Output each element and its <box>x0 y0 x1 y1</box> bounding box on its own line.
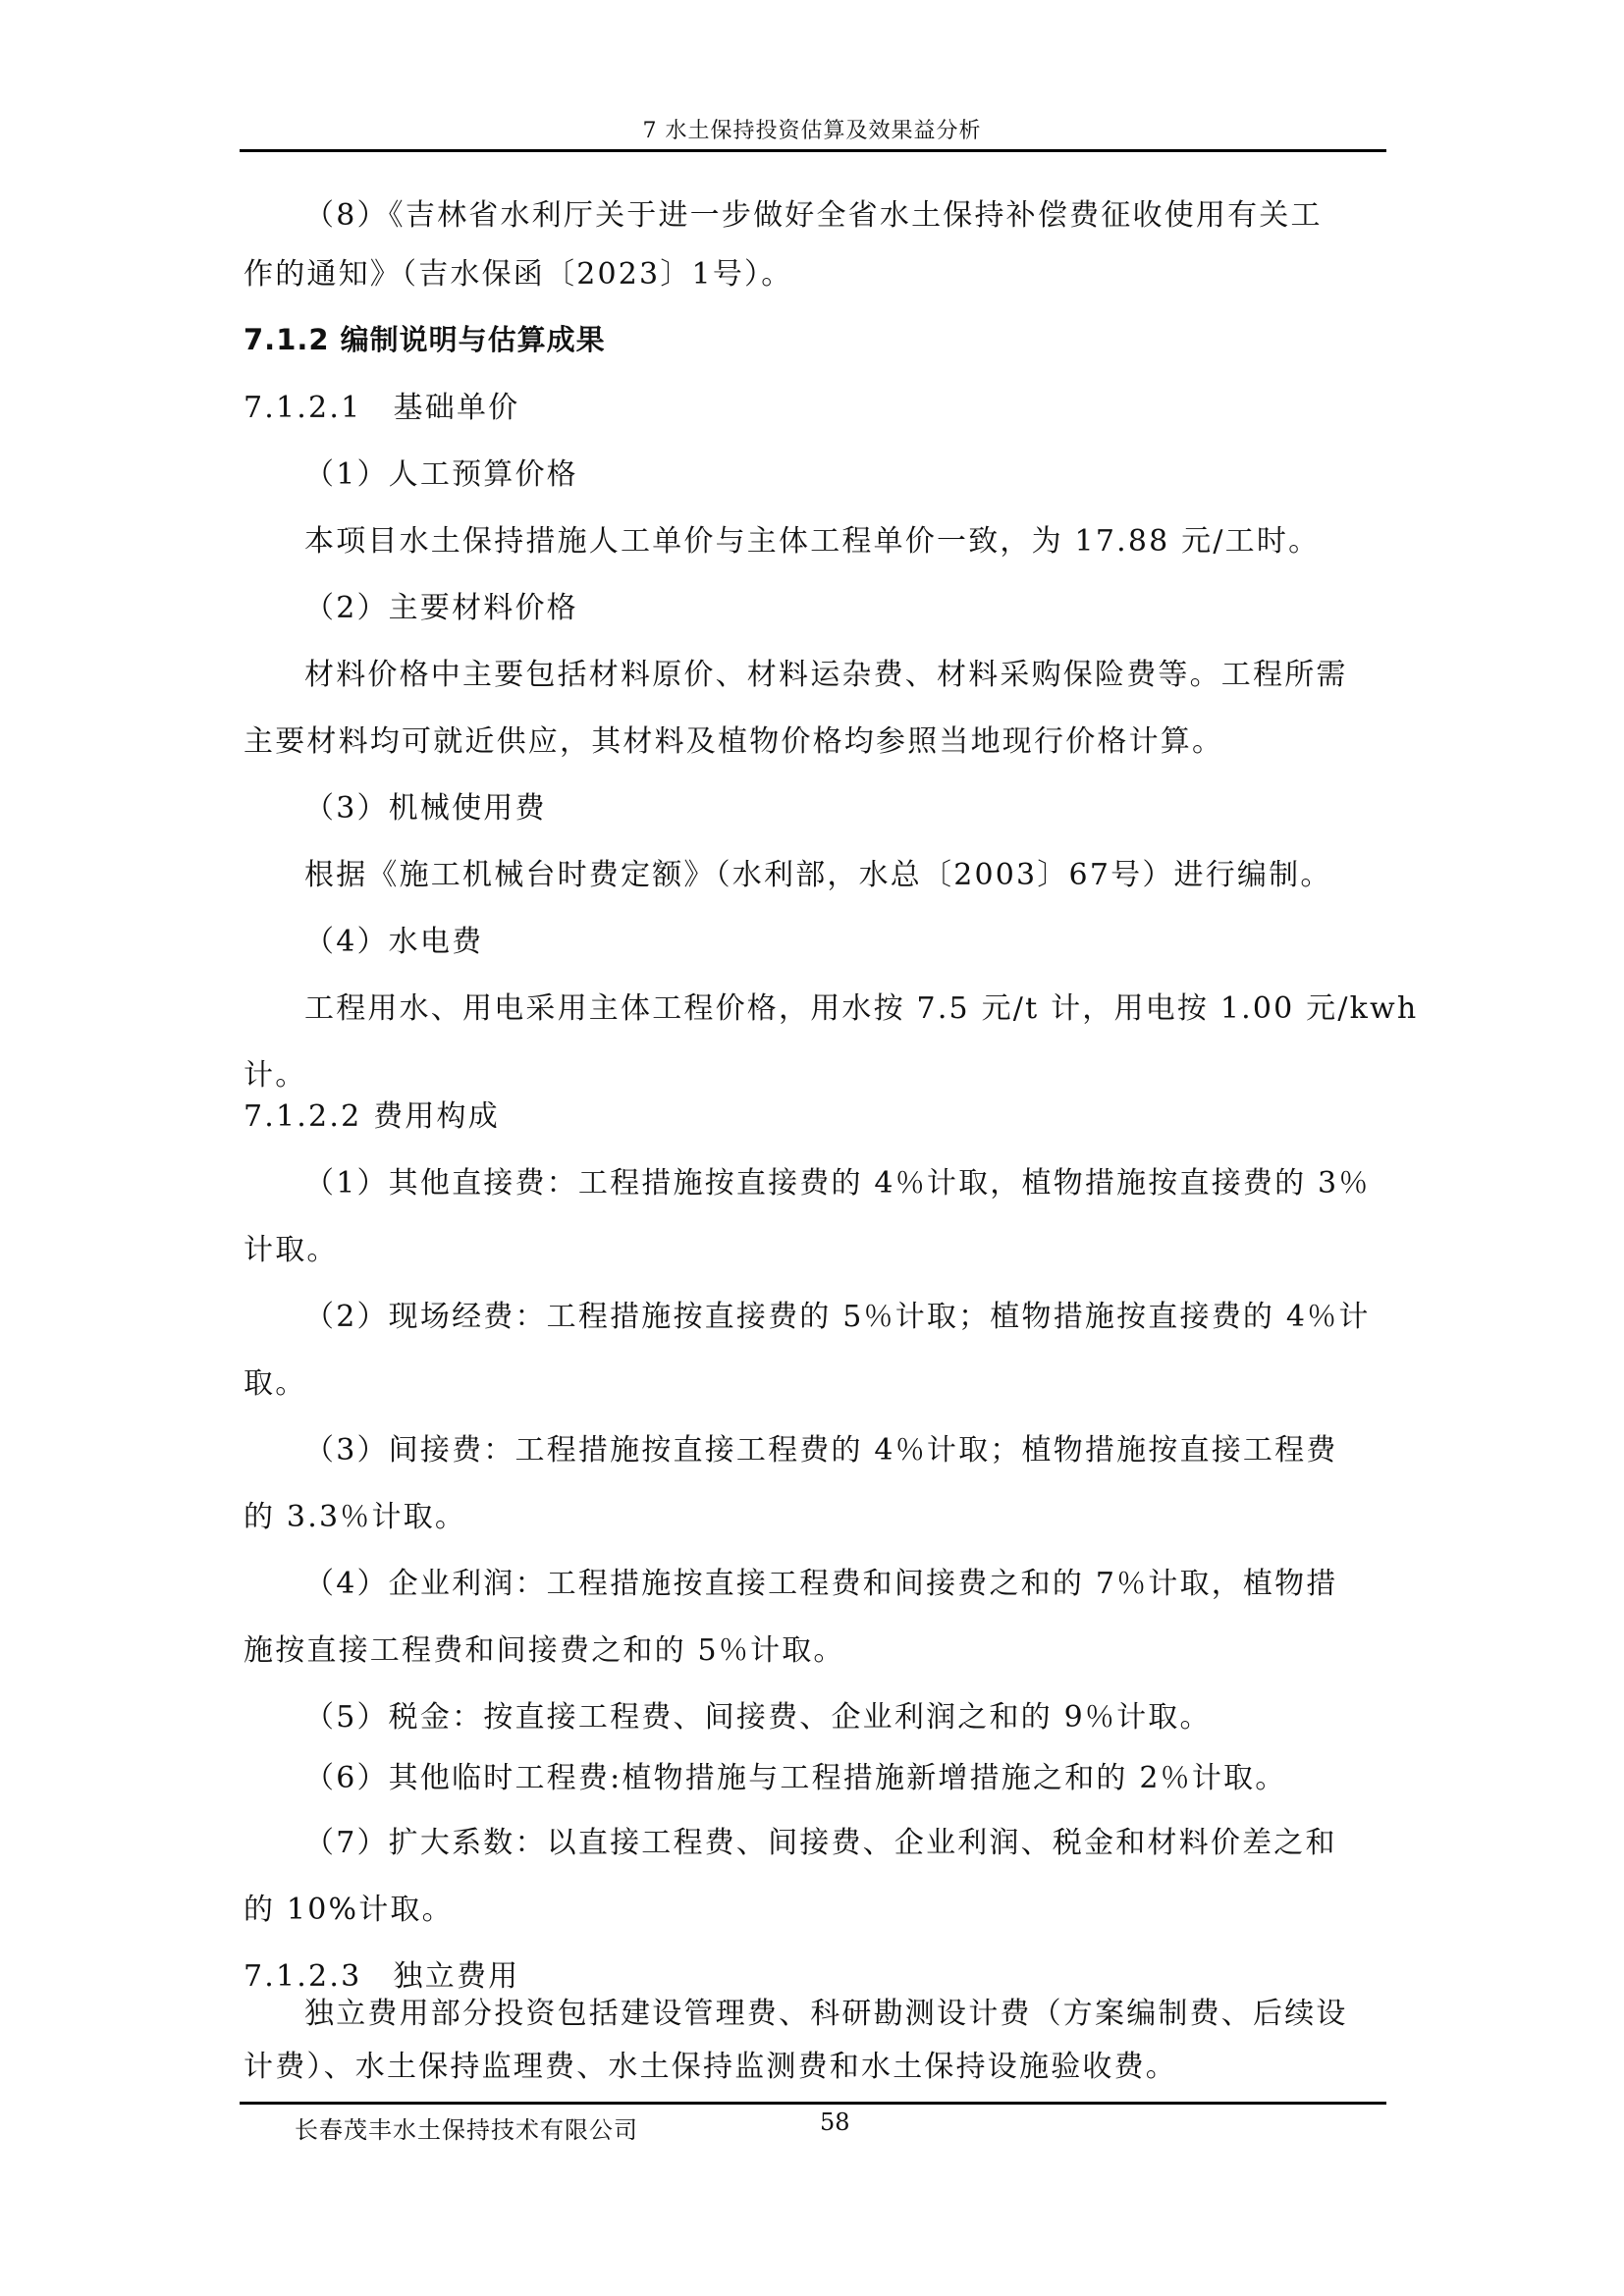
paragraph-line: 的 3.3％计取。 <box>244 1498 466 1537</box>
paragraph-line: 作的通知》（吉水保函〔2023〕1号）。 <box>244 255 792 294</box>
paragraph-line: （4）企业利润：工程措施按直接工程费和间接费之和的 7％计取，植物措 <box>304 1565 1338 1604</box>
subsection-heading: 7.1.2.2 费用构成 <box>244 1097 500 1137</box>
item-heading: （3）机械使用费 <box>304 789 547 828</box>
paragraph-line: （1）其他直接费：工程措施按直接费的 4％计取，植物措施按直接费的 3％ <box>304 1164 1371 1203</box>
footer-company-name: 长春茂丰水土保持技术有限公司 <box>295 2110 638 2145</box>
paragraph-line: （5）税金：按直接工程费、间接费、企业利润之和的 9％计取。 <box>304 1698 1212 1737</box>
item-heading: （1）人工预算价格 <box>304 455 578 495</box>
page-number: 58 <box>820 2109 850 2136</box>
paragraph-line: 取。 <box>244 1364 306 1404</box>
paragraph-line: （2）现场经费：工程措施按直接费的 5％计取；植物措施按直接费的 4％计 <box>304 1298 1371 1337</box>
paragraph-line: （6）其他临时工程费:植物措施与工程措施新增措施之和的 2％计取。 <box>304 1759 1286 1798</box>
subsection-heading: 7.1.2.3 独立费用 <box>244 1957 519 1997</box>
paragraph-line: 计费）、水土保持监理费、水土保持监测费和水土保持设施验收费。 <box>244 2048 1177 2087</box>
paragraph-line: 根据《施工机械台时费定额》（水利部，水总〔2003〕67号）进行编制。 <box>304 856 1332 895</box>
item-heading: （4）水电费 <box>304 923 483 962</box>
paragraph-line: （3）间接费：工程措施按直接工程费的 4％计取；植物措施按直接工程费 <box>304 1431 1338 1470</box>
paragraph-line: 施按直接工程费和间接费之和的 5％计取。 <box>244 1631 845 1671</box>
paragraph-line: 计。 <box>244 1056 306 1095</box>
paragraph-line: 的 10%计取。 <box>244 1891 454 1930</box>
document-page: 7 水土保持投资估算及效果益分析 （8）《吉林省水利厅关于进一步做好全省水土保持… <box>0 0 1624 2296</box>
paragraph-line: （8）《吉林省水利厅关于进一步做好全省水土保持补偿费征收使用有关工 <box>304 196 1323 236</box>
running-header-title: 7 水土保持投资估算及效果益分析 <box>0 114 1624 144</box>
section-heading: 7.1.2 编制说明与估算成果 <box>244 320 606 359</box>
paragraph-line: 计取。 <box>244 1231 339 1270</box>
paragraph-line: （7）扩大系数：以直接工程费、间接费、企业利润、税金和材料价差之和 <box>304 1824 1337 1863</box>
paragraph-line: 工程用水、用电采用主体工程价格，用水按 7.5 元/t 计，用电按 1.00 元… <box>304 989 1418 1029</box>
paragraph-line: 本项目水土保持措施人工单价与主体工程单价一致，为 17.88 元/工时。 <box>304 522 1320 561</box>
header-rule <box>240 149 1386 152</box>
paragraph-line: 独立费用部分投资包括建设管理费、科研勘测设计费（方案编制费、后续设 <box>304 1995 1348 2034</box>
item-heading: （2）主要材料价格 <box>304 589 578 628</box>
footer-rule <box>240 2102 1386 2105</box>
paragraph-line: 主要材料均可就近供应，其材料及植物价格均参照当地现行价格计算。 <box>244 722 1223 762</box>
paragraph-line: 材料价格中主要包括材料原价、材料运杂费、材料采购保险费等。工程所需 <box>304 656 1348 695</box>
subsection-heading: 7.1.2.1 基础单价 <box>244 389 519 428</box>
